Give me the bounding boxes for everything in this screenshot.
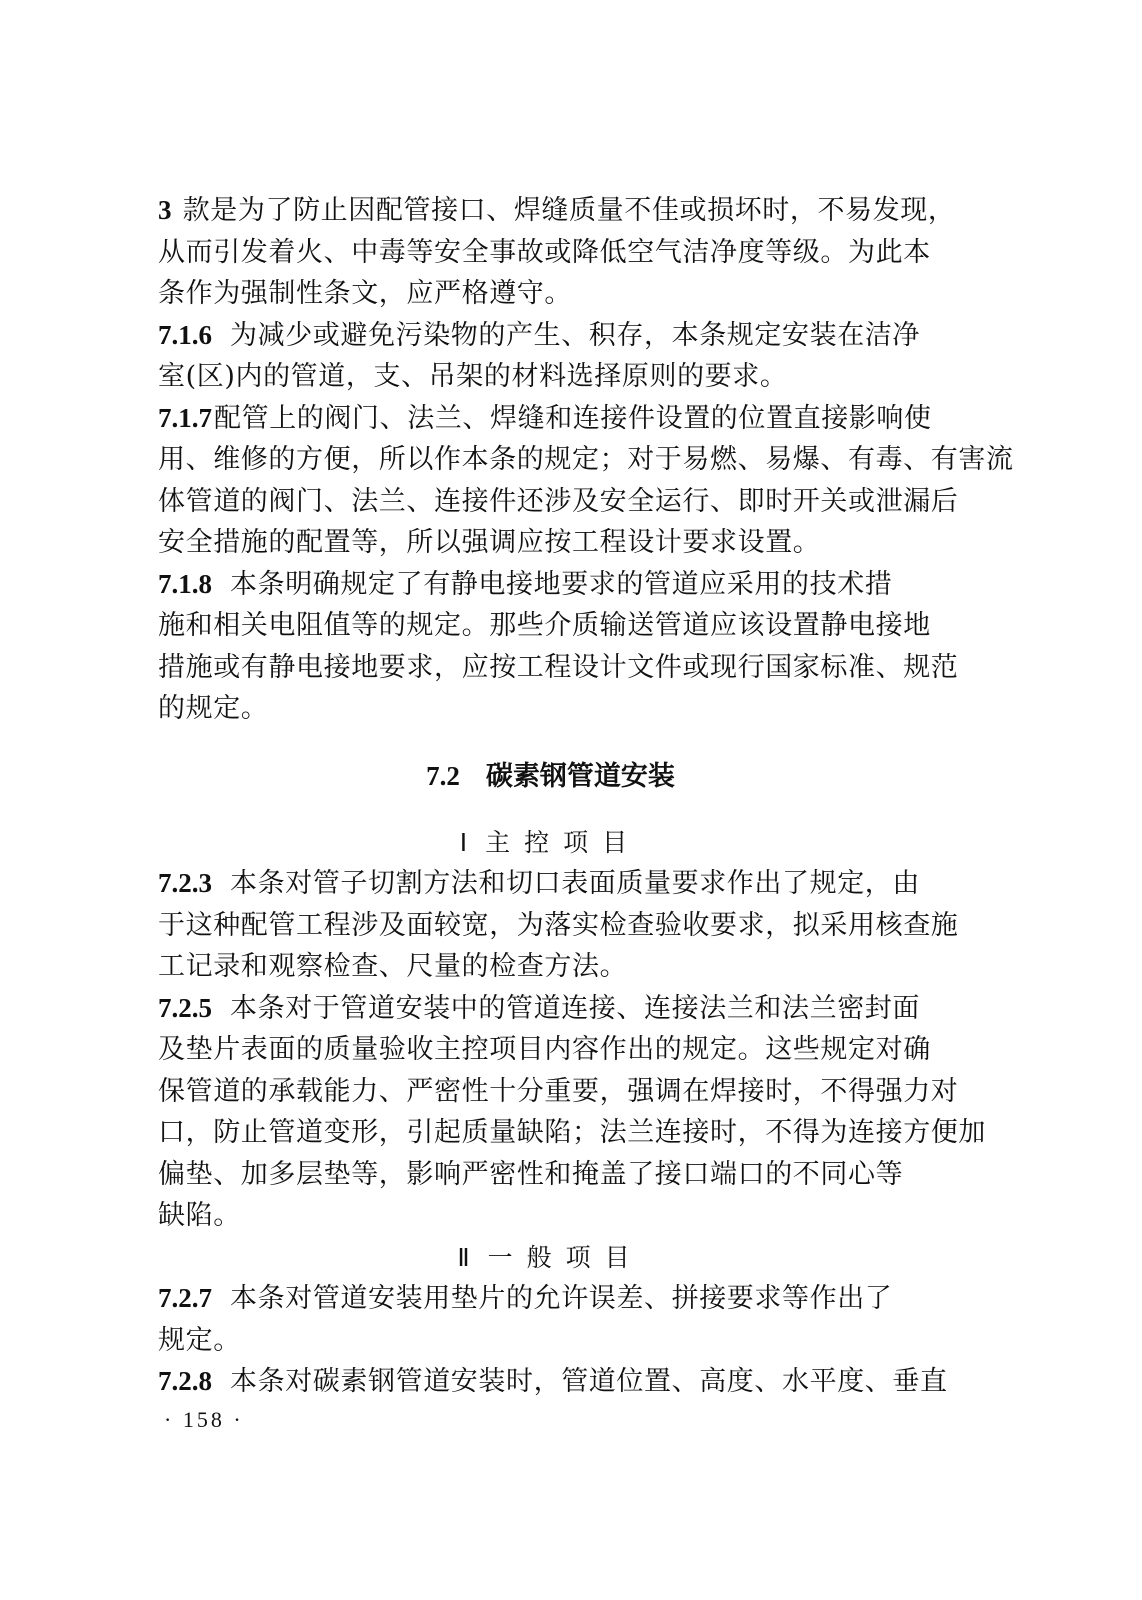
- paragraph-line: 从而引发着火、中毒等安全事故或降低空气洁净度等级。为此本: [158, 232, 943, 274]
- section-number: 7.2: [426, 761, 460, 791]
- document-page: 3 款是为了防止因配管接口、焊缝质量不佳或损坏时，不易发现， 从而引发着火、中毒…: [158, 190, 943, 1403]
- paragraph-line: 偏垫、加多层垫等，影响严密性和掩盖了接口端口的不同心等: [158, 1154, 943, 1196]
- clause-number: 7.1.7: [158, 403, 212, 433]
- clause-number: 7.2.7: [158, 1283, 212, 1313]
- paragraph-line: 口，防止管道变形，引起质量缺陷；法兰连接时，不得为连接方便加: [158, 1112, 943, 1154]
- clause-number: 7.2.3: [158, 868, 212, 898]
- roman-numeral: Ⅱ: [457, 1245, 469, 1272]
- section-title: 碳素钢管道安装: [486, 761, 675, 792]
- paragraph-line: 于这种配管工程涉及面较宽，为落实检查验收要求，拟采用核查施: [158, 905, 943, 947]
- paragraph-line: 缺陷。: [158, 1195, 943, 1237]
- clause-number: 3: [158, 195, 172, 225]
- paragraph-line: 7.2.7本条对管道安装用垫片的允许误差、拼接要求等作出了: [158, 1278, 943, 1320]
- paragraph-line: 7.1.7配管上的阀门、法兰、焊缝和连接件设置的位置直接影响使: [158, 398, 943, 440]
- subsection-heading: Ⅰ主控项目: [158, 822, 943, 864]
- roman-numeral: Ⅰ: [460, 830, 467, 857]
- paragraph-line: 规定。: [158, 1320, 943, 1362]
- paragraph-line: 用、维修的方便，所以作本条的规定；对于易燃、易爆、有毒、有害流: [158, 439, 943, 481]
- paragraph-line: 保管道的承载能力、严密性十分重要，强调在焊接时，不得强力对: [158, 1071, 943, 1113]
- paragraph-line: 条作为强制性条文，应严格遵守。: [158, 273, 943, 315]
- paragraph-line: 工记录和观察检查、尺量的检查方法。: [158, 946, 943, 988]
- paragraph-line: 体管道的阀门、法兰、连接件还涉及安全运行、即时开关或泄漏后: [158, 481, 943, 523]
- paragraph-line: 的规定。: [158, 688, 943, 730]
- paragraph-line: 及垫片表面的质量验收主控项目内容作出的规定。这些规定对确: [158, 1029, 943, 1071]
- subsection-heading: Ⅱ一般项目: [158, 1237, 943, 1279]
- paragraph-line: 3 款是为了防止因配管接口、焊缝质量不佳或损坏时，不易发现，: [158, 190, 943, 232]
- clause-number: 7.2.8: [158, 1366, 212, 1396]
- paragraph-line: 7.1.8本条明确规定了有静电接地要求的管道应采用的技术措: [158, 564, 943, 606]
- clause-number: 7.1.6: [158, 320, 212, 350]
- paragraph-line: 施和相关电阻值等的规定。那些介质输送管道应该设置静电接地: [158, 605, 943, 647]
- paragraph-line: 7.1.6为减少或避免污染物的产生、积存，本条规定安装在洁净: [158, 315, 943, 357]
- paragraph-line: 安全措施的配置等，所以强调应按工程设计要求设置。: [158, 522, 943, 564]
- paragraph-line: 7.2.8本条对碳素钢管道安装时，管道位置、高度、水平度、垂直: [158, 1361, 943, 1403]
- paragraph-line: 7.2.5本条对于管道安装中的管道连接、连接法兰和法兰密封面: [158, 988, 943, 1030]
- clause-number: 7.1.8: [158, 569, 212, 599]
- paragraph-line: 措施或有静电接地要求，应按工程设计文件或现行国家标准、规范: [158, 647, 943, 689]
- section-heading: 7.2碳素钢管道安装: [158, 756, 943, 796]
- page-number: · 158 ·: [164, 1407, 244, 1433]
- paragraph-line: 7.2.3本条对管子切割方法和切口表面质量要求作出了规定，由: [158, 863, 943, 905]
- paragraph-line: 室(区)内的管道，支、吊架的材料选择原则的要求。: [158, 356, 943, 398]
- clause-number: 7.2.5: [158, 993, 212, 1023]
